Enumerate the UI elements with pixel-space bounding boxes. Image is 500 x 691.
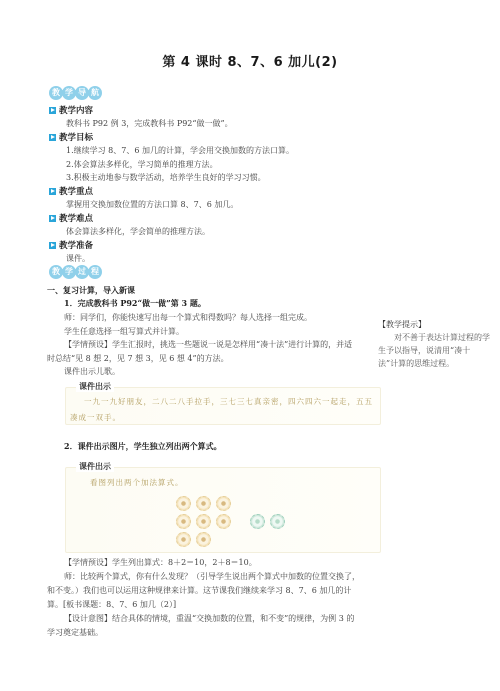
badge-char: 学 [62, 86, 76, 100]
heading-preparation: 教学准备 [49, 239, 93, 251]
difficult-text: 体会算法多样化，学会简单的推理方法。 [66, 226, 210, 237]
song-line: 一九一九好朋友，二八二八手拉手，三七三七真亲密，四六四六一起走，五五 [70, 394, 376, 410]
play-marker-icon [49, 107, 56, 114]
badge-char: 学 [62, 265, 76, 279]
heading-label: 教学重点 [59, 185, 93, 197]
yellow-flower-icon [176, 532, 191, 547]
teacher-text: 和不变。）我们也可以运用这种规律来计算。这节课我们继续来学习 8、7、6 加几的… [47, 585, 351, 596]
courseware-panel-picture: 课件出示 看图列出两个加法算式。 [65, 467, 381, 553]
preset-text: 时总结“见 8 想 2，见 7 想 3，见 6 想 4”的方法。 [47, 353, 229, 364]
content-text: 教科书 P92 例 3，完成教科书 P92“做一做”。 [66, 118, 233, 129]
heading-label: 教学难点 [59, 212, 93, 224]
teacher-text: 师：比较两个算式，你有什么发现？（引导学生说出两个算式中加数的位置交换了， [64, 571, 360, 582]
panel-tag: 课件出示 [76, 461, 114, 472]
yellow-flower-icon [216, 496, 231, 511]
student-activity: 学生任意选择一组写算式并计算。 [64, 326, 184, 337]
teacher-question: 师：同学们，你能快速写出每一个算式和得数吗？每人选择一组完成。 [64, 312, 312, 323]
section-badge-guide: 教 学 导 航 [49, 86, 101, 100]
heading-label: 教学准备 [59, 239, 93, 251]
play-marker-icon [49, 242, 56, 249]
panel-tag: 课件出示 [76, 381, 114, 392]
design-intent-text: 【设计意图】结合具体的情境，重温“交换加数的位置，和不变”的规律，为例 3 的 [64, 613, 354, 624]
step-heading: 2．课件出示图片，学生独立列出两个算式。 [64, 441, 222, 452]
goal-item: 1.继续学习 8、7、6 加几的计算，学会用交换加数的方法口算。 [66, 145, 294, 156]
step-heading: 1．完成教科书 P92“做一做”第 3 题。 [64, 298, 206, 309]
yellow-flower-icon [176, 514, 191, 529]
yellow-flower-icon [216, 514, 231, 529]
heading-difficult-points: 教学难点 [49, 212, 93, 224]
tip-heading: 【教学提示】 [378, 318, 490, 331]
yellow-flower-icon [196, 496, 211, 511]
heading-label: 教学内容 [59, 104, 93, 116]
preset-text: 【学情预设】学生列出算式：8＋2＝10，2＋8＝10。 [64, 557, 257, 568]
yellow-flower-icon [196, 532, 211, 547]
play-marker-icon [49, 215, 56, 222]
song-line: 凑成一双手。 [70, 410, 376, 426]
yellow-flower-icon [176, 496, 191, 511]
badge-char: 程 [88, 265, 102, 279]
heading-goals: 教学目标 [49, 131, 93, 143]
badge-char: 教 [49, 265, 63, 279]
play-marker-icon [49, 188, 56, 195]
goal-item: 2.体会算法多样化，学习简单的推理方法。 [66, 159, 218, 170]
badge-char: 航 [88, 86, 102, 100]
badge-char: 教 [49, 86, 63, 100]
teacher-text: 算。[板书课题：8、7、6 加几（2）] [47, 599, 176, 610]
play-marker-icon [49, 134, 56, 141]
yellow-flower-icon [196, 514, 211, 529]
part-heading: 一、复习计算，导入新课 [47, 285, 135, 296]
preset-text: 【学情预设】学生汇报时，挑选一些题说一说是怎样用“凑十法”进行计算的，并适 [64, 339, 352, 350]
courseware-panel-song: 课件出示 一九一九好朋友，二八二八手拉手，三七三七真亲密，四六四六一起走，五五 … [65, 387, 381, 425]
tip-text: 对不善于表达计算过程的学生予以指导，说清用“凑十法”计算的思维过程。 [378, 331, 490, 370]
show-song-text: 课件出示儿歌。 [64, 366, 120, 377]
heading-key-points: 教学重点 [49, 185, 93, 197]
green-flower-icon [250, 514, 265, 529]
design-intent-text: 学习奠定基础。 [47, 627, 103, 638]
heading-content: 教学内容 [49, 104, 93, 116]
badge-char: 过 [75, 265, 89, 279]
heading-label: 教学目标 [59, 131, 93, 143]
key-text: 掌握用交换加数位置的方法口算 8、7、6 加几。 [66, 199, 238, 210]
prep-text: 课件。 [66, 253, 90, 264]
goal-item: 3.积极主动地参与数学活动，培养学生良好的学习习惯。 [66, 172, 266, 183]
section-badge-process: 教 学 过 程 [49, 265, 101, 279]
green-flower-icon [270, 514, 285, 529]
badge-char: 导 [75, 86, 89, 100]
teaching-tip: 【教学提示】 对不善于表达计算过程的学生予以指导，说清用“凑十法”计算的思维过程… [378, 318, 490, 370]
page-title: 第 4 课时 8、7、6 加儿(2) [0, 51, 500, 70]
